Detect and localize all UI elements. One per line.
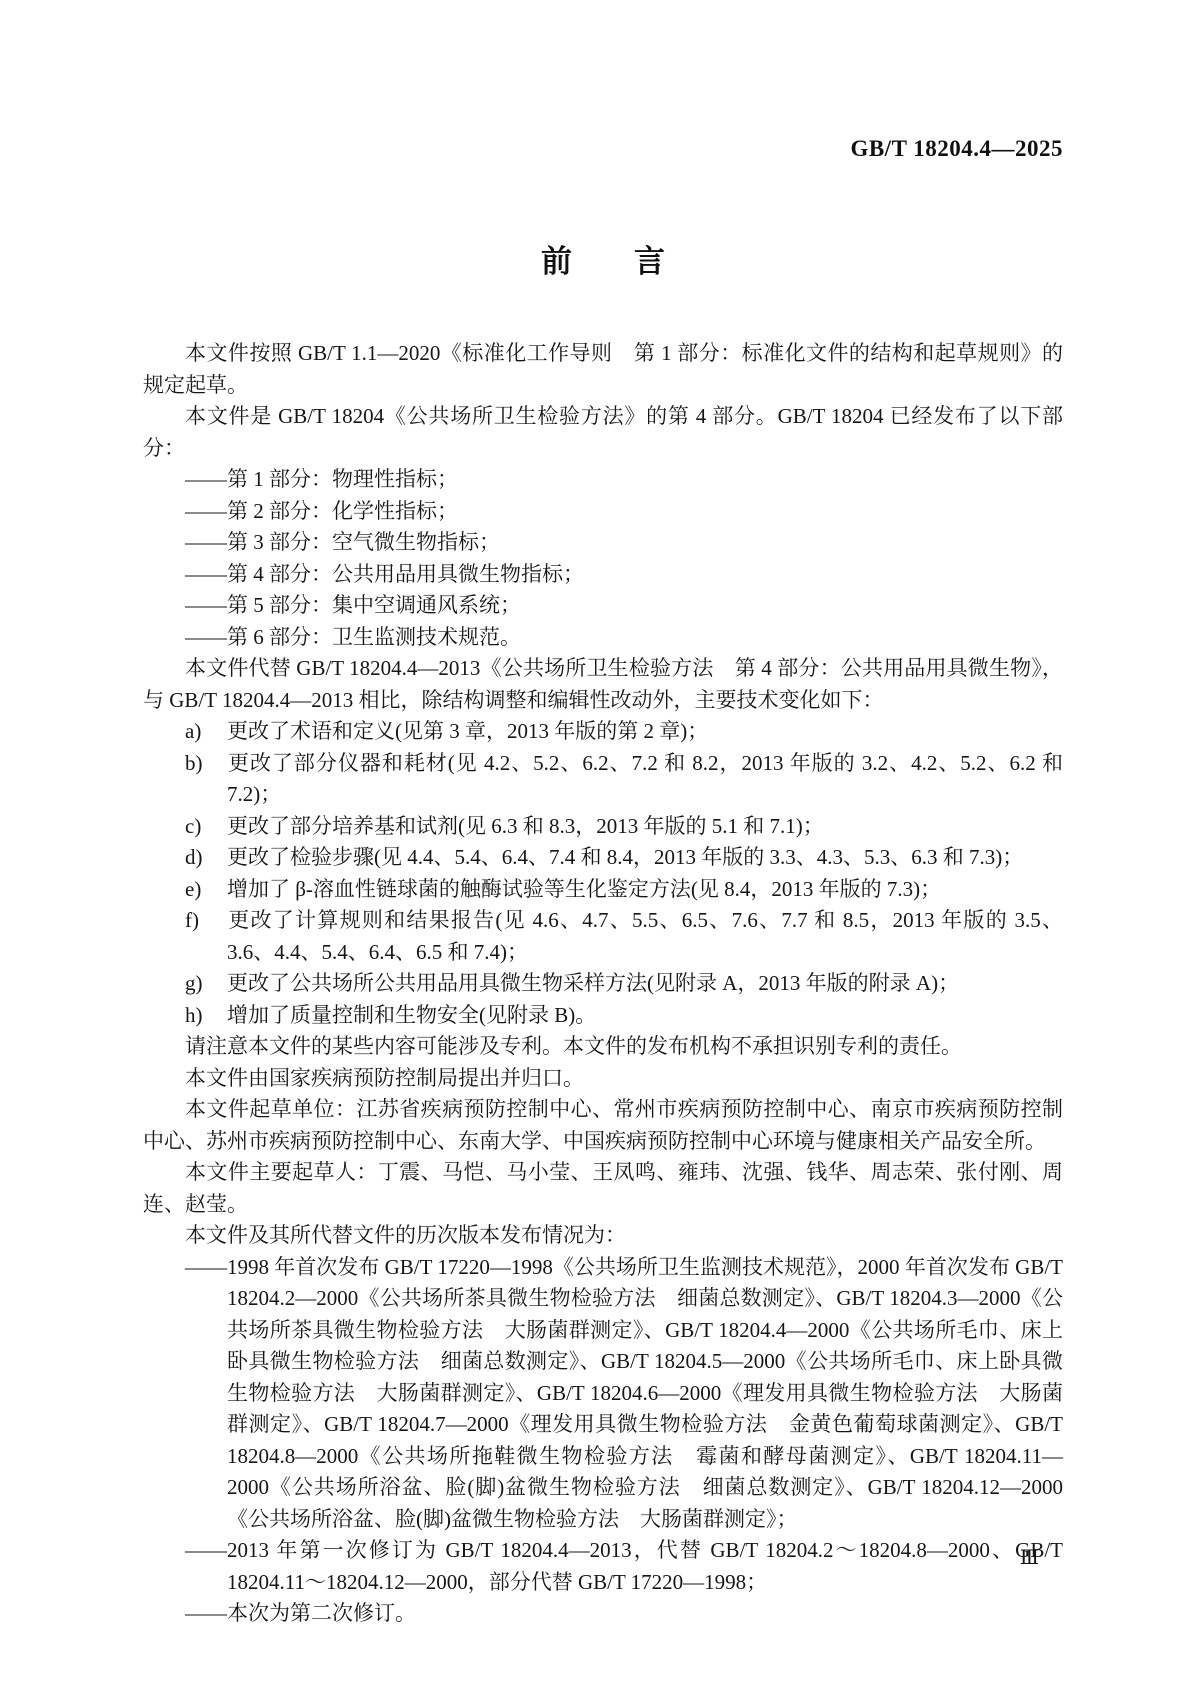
paragraph-text: 更改了术语和定义(见第 3 章，2013 年版的第 2 章)；	[227, 719, 708, 743]
dash-marker: ——	[185, 527, 227, 559]
paragraph-text: 第 2 部分：化学性指标；	[227, 499, 458, 523]
list-item: b)更改了部分仪器和耗材(见 4.2、5.2、6.2、7.2 和 8.2，201…	[143, 748, 1063, 811]
list-item: h)增加了质量控制和生物安全(见附录 B)。	[143, 1000, 1063, 1032]
paragraph-text: 第 1 部分：物理性指标；	[227, 467, 458, 491]
list-item: ——第 2 部分：化学性指标；	[143, 496, 1063, 528]
list-item: ——第 6 部分：卫生监测技术规范。	[143, 622, 1063, 654]
page-title: 前 言	[143, 236, 1063, 281]
paragraph-text: 第 5 部分：集中空调通风系统；	[227, 593, 521, 617]
page-number: Ⅲ	[1020, 1545, 1039, 1570]
item-marker: g)	[185, 968, 227, 1000]
paragraph: 本文件按照 GB/T 1.1—2020《标准化工作导则 第 1 部分：标准化文件…	[143, 338, 1063, 401]
paragraph-text: 第 4 部分：公共用品用具微生物指标；	[227, 562, 584, 586]
paragraph-text: 增加了 β-溶血性链球菌的触酶试验等生化鉴定方法(见 8.4，2013 年版的 …	[227, 877, 941, 901]
item-marker: b)	[185, 748, 227, 780]
dash-marker: ——	[185, 590, 227, 622]
list-item: e)增加了 β-溶血性链球菌的触酶试验等生化鉴定方法(见 8.4，2013 年版…	[143, 874, 1063, 906]
paragraph-text: 2013 年第一次修订为 GB/T 18204.4—2013，代替 GB/T 1…	[227, 1538, 1063, 1594]
list-item: ——本次为第二次修订。	[143, 1598, 1063, 1630]
paragraph-text: 请注意本文件的某些内容可能涉及专利。本文件的发布机构不承担识别专利的责任。	[185, 1034, 962, 1058]
standard-code: GB/T 18204.4—2025	[850, 136, 1063, 162]
paragraph-text: 本文件由国家疾病预防控制局提出并归口。	[185, 1066, 584, 1090]
paragraph-text: 本文件起草单位：江苏省疾病预防控制中心、常州市疾病预防控制中心、南京市疾病预防控…	[143, 1097, 1063, 1153]
list-item: ——第 1 部分：物理性指标；	[143, 464, 1063, 496]
list-item: c)更改了部分培养基和试剂(见 6.3 和 8.3，2013 年版的 5.1 和…	[143, 811, 1063, 843]
paragraph: 请注意本文件的某些内容可能涉及专利。本文件的发布机构不承担识别专利的责任。	[143, 1031, 1063, 1063]
dash-marker: ——	[185, 496, 227, 528]
list-item: d)更改了检验步骤(见 4.4、5.4、6.4、7.4 和 8.4，2013 年…	[143, 842, 1063, 874]
paragraph-text: 增加了质量控制和生物安全(见附录 B)。	[227, 1003, 596, 1027]
paragraph-text: 本次为第二次修订。	[227, 1601, 416, 1625]
dash-marker: ——	[185, 559, 227, 591]
list-item: ——1998 年首次发布 GB/T 17220—1998《公共场所卫生监测技术规…	[143, 1252, 1063, 1536]
paragraph: 本文件及其所代替文件的历次版本发布情况为：	[143, 1220, 1063, 1252]
paragraph-text: 本文件代替 GB/T 18204.4—2013《公共场所卫生检验方法 第 4 部…	[143, 656, 1063, 712]
foreword-body: 本文件按照 GB/T 1.1—2020《标准化工作导则 第 1 部分：标准化文件…	[143, 338, 1063, 1630]
paragraph-text: 更改了部分培养基和试剂(见 6.3 和 8.3，2013 年版的 5.1 和 7…	[227, 814, 824, 838]
dash-marker: ——	[185, 1535, 227, 1567]
paragraph-text: 本文件主要起草人：丁震、马恺、马小莹、王凤鸣、雍玮、沈强、钱华、周志荣、张付刚、…	[143, 1160, 1063, 1216]
item-marker: h)	[185, 1000, 227, 1032]
document-page: GB/T 18204.4—2025 前 言 本文件按照 GB/T 1.1—202…	[0, 0, 1191, 1685]
paragraph-text: 第 6 部分：卫生监测技术规范。	[227, 625, 521, 649]
item-marker: c)	[185, 811, 227, 843]
list-item: ——2013 年第一次修订为 GB/T 18204.4—2013，代替 GB/T…	[143, 1535, 1063, 1598]
dash-marker: ——	[185, 464, 227, 496]
paragraph: 本文件是 GB/T 18204《公共场所卫生检验方法》的第 4 部分。GB/T …	[143, 401, 1063, 464]
item-marker: d)	[185, 842, 227, 874]
paragraph-text: 更改了检验步骤(见 4.4、5.4、6.4、7.4 和 8.4，2013 年版的…	[227, 845, 1023, 869]
item-marker: f)	[185, 905, 227, 937]
paragraph-text: 更改了公共场所公共用品用具微生物采样方法(见附录 A，2013 年版的附录 A)…	[227, 971, 959, 995]
paragraph: 本文件由国家疾病预防控制局提出并归口。	[143, 1063, 1063, 1095]
item-marker: a)	[185, 716, 227, 748]
paragraph: 本文件代替 GB/T 18204.4—2013《公共场所卫生检验方法 第 4 部…	[143, 653, 1063, 716]
dash-marker: ——	[185, 622, 227, 654]
list-item: a)更改了术语和定义(见第 3 章，2013 年版的第 2 章)；	[143, 716, 1063, 748]
paragraph-text: 本文件按照 GB/T 1.1—2020《标准化工作导则 第 1 部分：标准化文件…	[143, 341, 1063, 397]
paragraph: 本文件主要起草人：丁震、马恺、马小莹、王凤鸣、雍玮、沈强、钱华、周志荣、张付刚、…	[143, 1157, 1063, 1220]
list-item: f)更改了计算规则和结果报告(见 4.6、4.7、5.5、6.5、7.6、7.7…	[143, 905, 1063, 968]
paragraph-text: 本文件及其所代替文件的历次版本发布情况为：	[185, 1223, 626, 1247]
paragraph-text: 第 3 部分：空气微生物指标；	[227, 530, 500, 554]
list-item: g)更改了公共场所公共用品用具微生物采样方法(见附录 A，2013 年版的附录 …	[143, 968, 1063, 1000]
paragraph-text: 更改了计算规则和结果报告(见 4.6、4.7、5.5、6.5、7.6、7.7 和…	[227, 908, 1063, 964]
list-item: ——第 3 部分：空气微生物指标；	[143, 527, 1063, 559]
paragraph: 本文件起草单位：江苏省疾病预防控制中心、常州市疾病预防控制中心、南京市疾病预防控…	[143, 1094, 1063, 1157]
item-marker: e)	[185, 874, 227, 906]
paragraph-text: 1998 年首次发布 GB/T 17220—1998《公共场所卫生监测技术规范》…	[227, 1255, 1063, 1531]
paragraph-text: 更改了部分仪器和耗材(见 4.2、5.2、6.2、7.2 和 8.2，2013 …	[227, 751, 1063, 807]
list-item: ——第 4 部分：公共用品用具微生物指标；	[143, 559, 1063, 591]
paragraph-text: 本文件是 GB/T 18204《公共场所卫生检验方法》的第 4 部分。GB/T …	[143, 404, 1063, 460]
dash-marker: ——	[185, 1598, 227, 1630]
dash-marker: ——	[185, 1252, 227, 1284]
list-item: ——第 5 部分：集中空调通风系统；	[143, 590, 1063, 622]
